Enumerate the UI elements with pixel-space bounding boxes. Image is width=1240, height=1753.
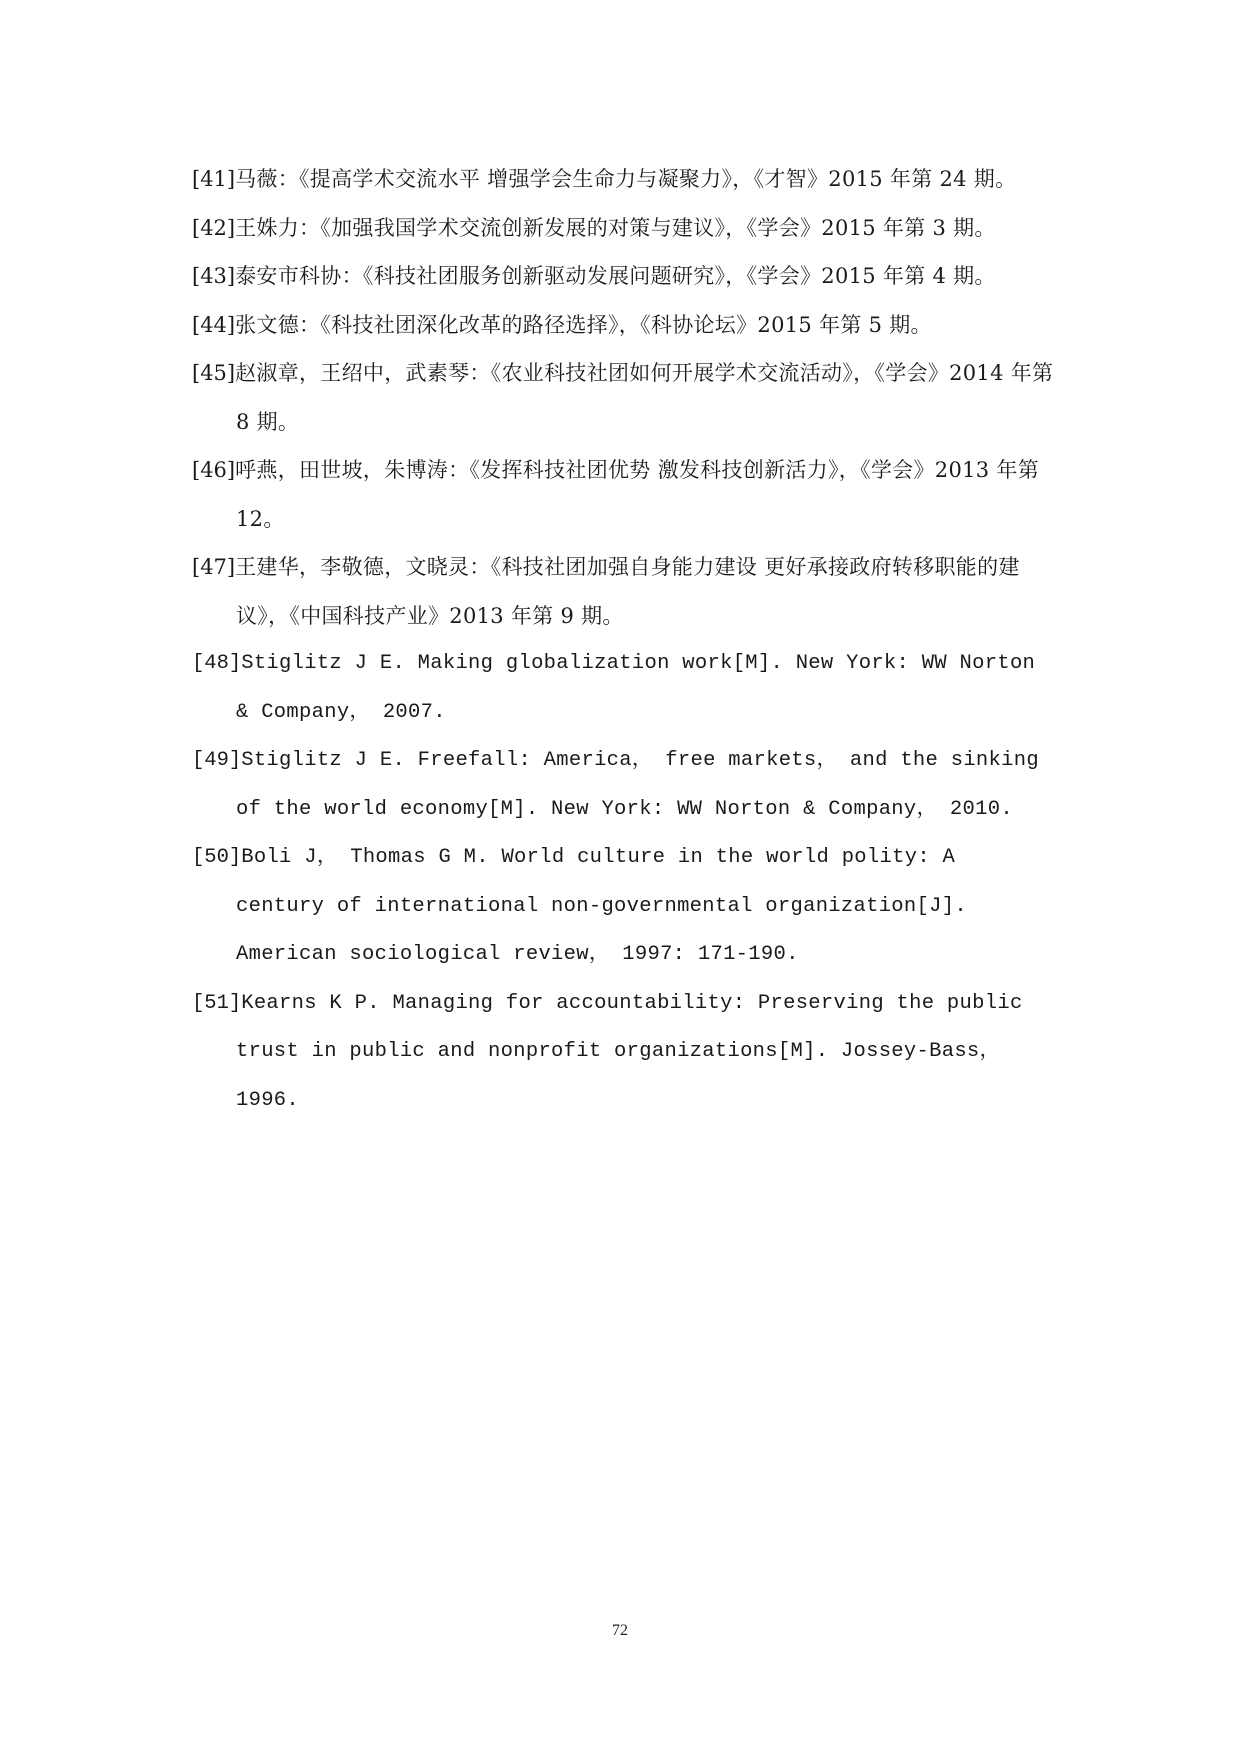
reference-number: [42] [192, 216, 235, 240]
reference-item: [51]Kearns K P. Managing for accountabil… [192, 980, 1054, 1126]
reference-item: [45]赵淑章，王绍中，武素琴：《农业科技社团如何开展学术交流活动》，《学会》2… [192, 349, 1054, 446]
reference-item: [42]王姝力：《加强我国学术交流创新发展的对策与建议》，《学会》2015 年第… [192, 204, 1054, 253]
reference-item: [43]泰安市科协：《科技社团服务创新驱动发展问题研究》，《学会》2015 年第… [192, 252, 1054, 301]
reference-number: [47] [192, 555, 235, 579]
reference-number: [51] [192, 992, 241, 1015]
reference-text: 张文德：《科技社团深化改革的路径选择》，《科协论坛》2015 年第 5 期。 [235, 313, 932, 337]
reference-text: Stiglitz J E. Making globalization work[… [236, 652, 1035, 724]
reference-number: [45] [192, 361, 235, 385]
reference-text: 王建华，李敬德，文晓灵：《科技社团加强自身能力建设 更好承接政府转移职能的建议》… [235, 555, 1020, 628]
reference-item: [49]Stiglitz J E. Freefall: America， fre… [192, 737, 1054, 834]
reference-text: 泰安市科协：《科技社团服务创新驱动发展问题研究》，《学会》2015 年第 4 期… [235, 264, 996, 288]
reference-item: [50]Boli J， Thomas G M. World culture in… [192, 834, 1054, 980]
reference-item: [48]Stiglitz J E. Making globalization w… [192, 640, 1054, 737]
reference-number: [48] [192, 652, 241, 675]
reference-item: [44]张文德：《科技社团深化改革的路径选择》，《科协论坛》2015 年第 5 … [192, 301, 1054, 350]
page-number: 72 [0, 1622, 1240, 1640]
reference-number: [50] [192, 846, 241, 869]
reference-number: [49] [192, 749, 241, 772]
reference-list: [41]马薇：《提高学术交流水平 增强学会生命力与凝聚力》，《才智》2015 年… [192, 155, 1054, 1125]
reference-text: 呼燕，田世坡，朱博涛：《发挥科技社团优势 激发科技创新活力》，《学会》2013 … [235, 458, 1039, 531]
reference-text: Stiglitz J E. Freefall: America， free ma… [236, 749, 1039, 821]
reference-number: [44] [192, 313, 235, 337]
reference-item: [47]王建华，李敬德，文晓灵：《科技社团加强自身能力建设 更好承接政府转移职能… [192, 543, 1054, 640]
reference-text: Kearns K P. Managing for accountability:… [236, 992, 1023, 1112]
reference-text: 马薇：《提高学术交流水平 增强学会生命力与凝聚力》，《才智》2015 年第 24… [235, 167, 1016, 191]
reference-item: [41]马薇：《提高学术交流水平 增强学会生命力与凝聚力》，《才智》2015 年… [192, 155, 1054, 204]
reference-number: [43] [192, 264, 235, 288]
reference-item: [46]呼燕，田世坡，朱博涛：《发挥科技社团优势 激发科技创新活力》，《学会》2… [192, 446, 1054, 543]
reference-number: [46] [192, 458, 235, 482]
reference-number: [41] [192, 167, 235, 191]
reference-text: Boli J， Thomas G M. World culture in the… [236, 846, 967, 966]
document-page: [41]马薇：《提高学术交流水平 增强学会生命力与凝聚力》，《才智》2015 年… [0, 0, 1240, 1753]
reference-text: 赵淑章，王绍中，武素琴：《农业科技社团如何开展学术交流活动》，《学会》2014 … [235, 361, 1053, 434]
reference-text: 王姝力：《加强我国学术交流创新发展的对策与建议》，《学会》2015 年第 3 期… [235, 216, 996, 240]
